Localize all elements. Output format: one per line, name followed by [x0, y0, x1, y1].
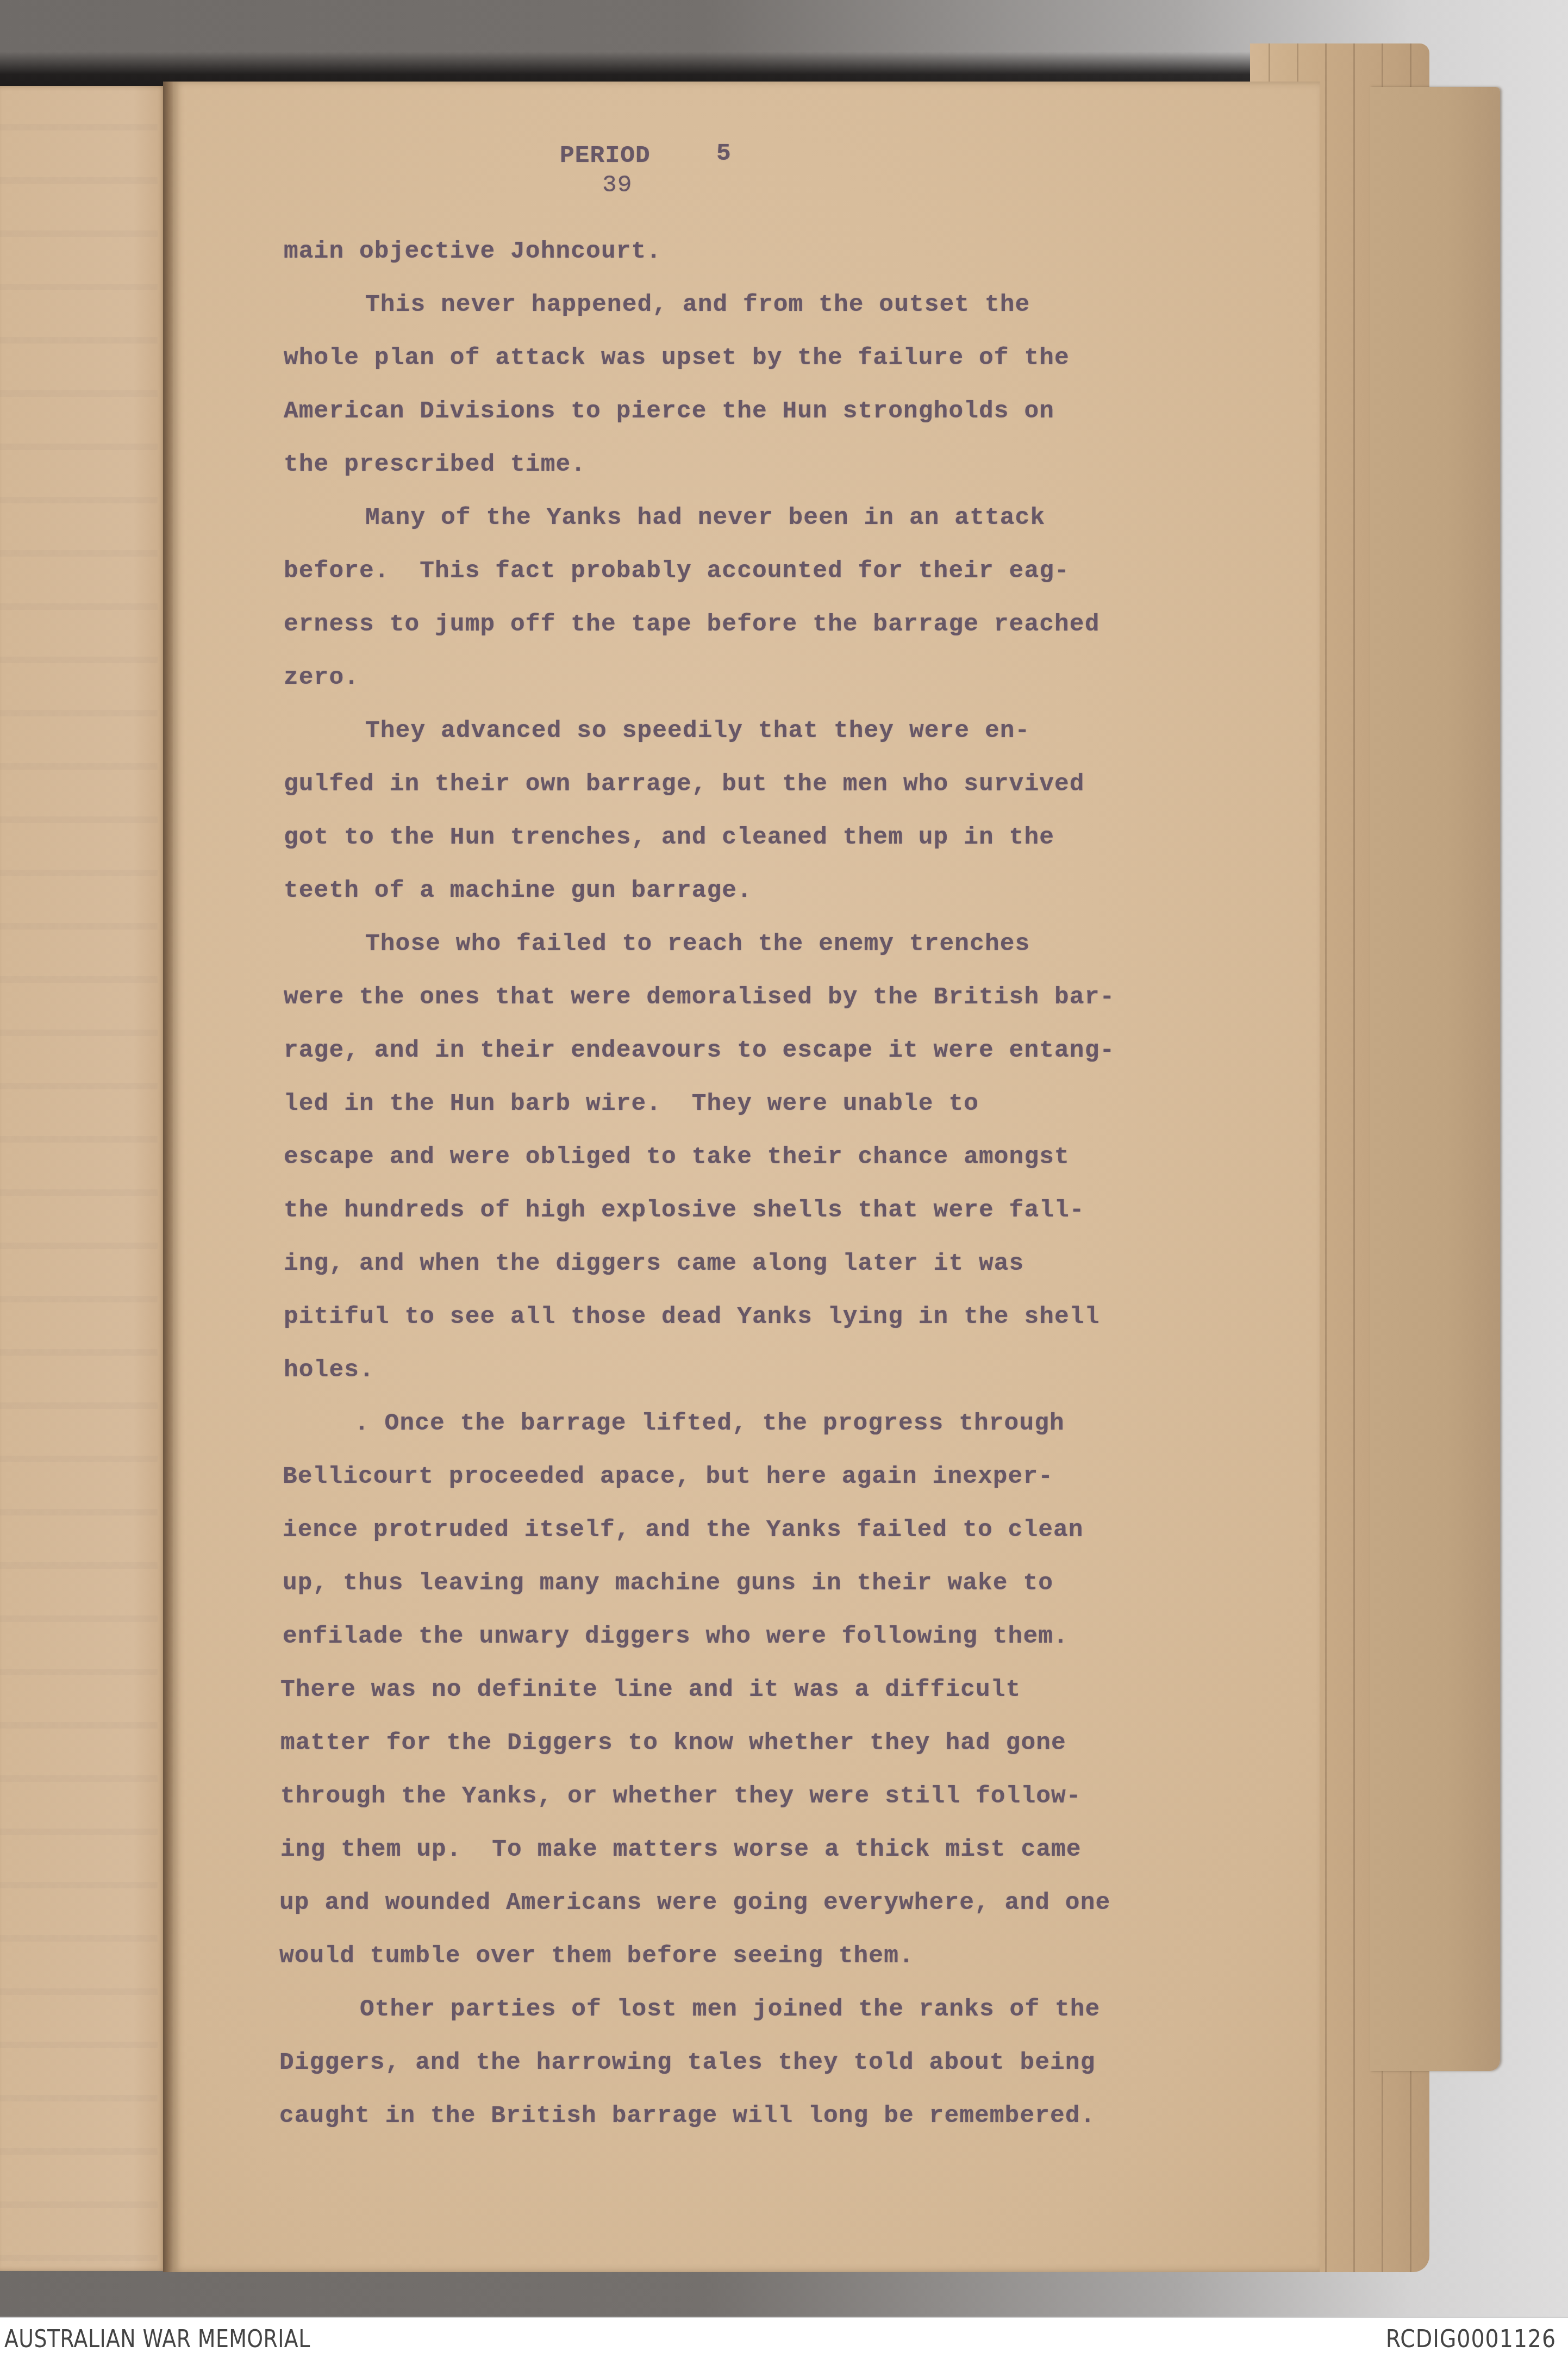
text-line: whole plan of attack was upset by the fa…	[284, 345, 1070, 372]
record-id: RCDIG0001126	[1386, 2325, 1556, 2353]
text-line: erness to jump off the tape before the b…	[284, 611, 1100, 638]
text-line: up and wounded Americans were going ever…	[279, 1889, 1110, 1917]
archive-footer: AUSTRALIAN WAR MEMORIAL RCDIG0001126	[0, 2317, 1568, 2358]
text-line: They advanced so speedily that they were…	[365, 718, 1030, 745]
text-line: ience protruded itself, and the Yanks fa…	[283, 1517, 1084, 1544]
text-line: holes.	[284, 1357, 374, 1384]
text-line: caught in the British barrage will long …	[279, 2103, 1095, 2130]
text-line: teeth of a machine gun barrage.	[284, 877, 752, 904]
text-line: ing, and when the diggers came along lat…	[284, 1250, 1024, 1277]
text-line: the hundreds of high explosive shells th…	[284, 1197, 1085, 1224]
text-line: There was no definite line and it was a …	[280, 1676, 1021, 1704]
text-line: Other parties of lost men joined the ran…	[360, 1996, 1100, 2023]
text-line: before. This fact probably accounted for…	[284, 558, 1070, 585]
text-line: zero.	[284, 664, 359, 691]
text-line: up, thus leaving many machine guns in th…	[283, 1570, 1053, 1597]
text-line: matter for the Diggers to know whether t…	[280, 1730, 1066, 1757]
text-line: ing them up. To make matters worse a thi…	[280, 1836, 1082, 1863]
text-line: Bellicourt proceeded apace, but here aga…	[283, 1463, 1053, 1490]
page-body-text: main objective Johncourt.This never happ…	[0, 0, 1568, 2317]
text-line: the prescribed time.	[284, 451, 586, 478]
text-line: rage, and in their endeavours to escape …	[284, 1037, 1115, 1064]
text-line: pitiful to see all those dead Yanks lyin…	[284, 1303, 1100, 1331]
text-line: escape and were obliged to take their ch…	[284, 1144, 1070, 1171]
text-line: Diggers, and the harrowing tales they to…	[279, 2049, 1095, 2076]
text-line: led in the Hun barb wire. They were unab…	[284, 1090, 979, 1118]
text-line: gulfed in their own barrage, but the men…	[284, 771, 1085, 798]
institution-name: AUSTRALIAN WAR MEMORIAL	[4, 2325, 310, 2353]
text-line: Many of the Yanks had never been in an a…	[365, 504, 1045, 532]
text-line: through the Yanks, or whether they were …	[280, 1783, 1082, 1810]
text-line: Those who failed to reach the enemy tren…	[365, 931, 1030, 958]
text-line: were the ones that were demoralised by t…	[284, 984, 1115, 1011]
text-line: American Divisions to pierce the Hun str…	[284, 398, 1054, 425]
text-line: enfilade the unwary diggers who were fol…	[283, 1623, 1069, 1650]
text-line: This never happened, and from the outset…	[365, 291, 1030, 319]
text-line: would tumble over them before seeing the…	[279, 1943, 914, 1970]
text-line: main objective Johncourt.	[284, 238, 661, 265]
scan-background: PERIOD 5 39 main objective Johncourt.Thi…	[0, 0, 1568, 2317]
text-line: . Once the barrage lifted, the progress …	[354, 1410, 1065, 1437]
text-line: got to the Hun trenches, and cleaned the…	[284, 824, 1054, 851]
